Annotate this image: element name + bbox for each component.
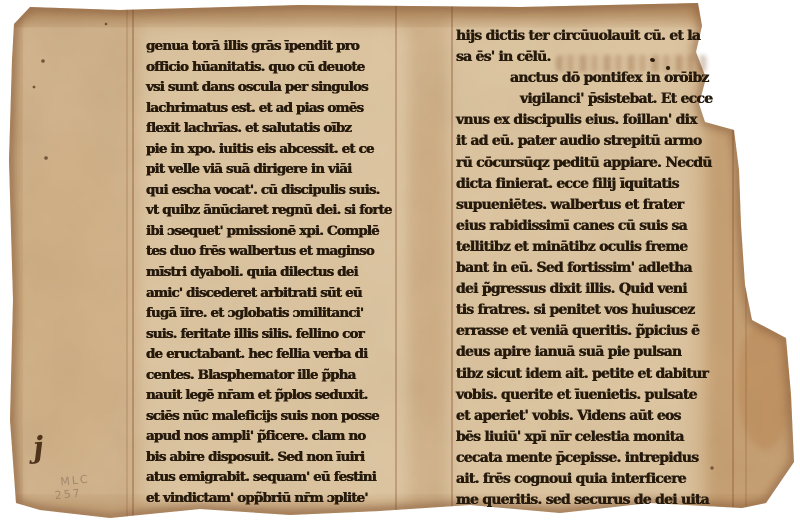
manuscript-text-line: it ad eū. pater audio strepitū armo [456, 131, 712, 152]
manuscript-photo: genua torā illis grās īpendit proofficio… [0, 0, 800, 528]
manuscript-text-line: rū cōcursūqz peditū appiare. Necdū [456, 153, 712, 174]
manuscript-text-line: officio hūanitatis. quo cū deuote [146, 57, 392, 78]
manuscript-text-line: tellitibz et minātibz oculis freme [456, 237, 712, 258]
manuscript-text-line: centes. Blasphemator ille p̃pha [146, 365, 392, 386]
manuscript-text-line: supueniētes. walbertus et frater [456, 195, 712, 216]
manuscript-text-line: bant in eū. Sed fortissim' adletha [456, 258, 712, 279]
manuscript-text-line: pit velle viā suā dirigere in viāi [146, 159, 392, 180]
manuscript-text-line: bēs liuiū' xpī nīr celestia monita [456, 427, 712, 448]
manuscript-text-line: amic' discederet arbitrati sūt eū [146, 283, 392, 304]
manuscript-text-line: flexit lachrīas. et salutatis oībz [146, 118, 392, 139]
ink-mark: j [32, 430, 45, 465]
manuscript-text-line: sa ēs' in cēlū. [456, 47, 712, 68]
manuscript-text-line: tes duo frēs walbertus et maginso [146, 241, 392, 262]
manuscript-text-line: dicta finierat. ecce filij īquitatis [456, 174, 712, 195]
shelfmark-pencil: MLC 257 [60, 473, 92, 502]
manuscript-text-line: vt quibz ānūciaret regnū dei. si forte [146, 200, 392, 221]
manuscript-text-line: et aperiet' vobis. Videns aūt eos [456, 406, 712, 427]
manuscript-text-line: vigilanci' p̄sistebat. Et ecce [456, 89, 712, 110]
manuscript-text-line: pie in xpo. iuitis eis abcessit. et ce [146, 139, 392, 160]
manuscript-text-line: qui escha vocat'. cū discipulis suis. [146, 180, 392, 201]
manuscript-text-line: atus emigrabit. sequam' eū festini [146, 467, 392, 488]
manuscript-text-line: me queritis. sed securus de dei uita [456, 490, 712, 511]
manuscript-text-line: deus apire ianuā suā pie pulsan [456, 342, 712, 363]
manuscript-text-line: anctus dō pontifex in orōibz [456, 68, 712, 89]
manuscript-text-line: apud nos ampli' p̃ficere. clam no [146, 426, 392, 447]
manuscript-text-line: bis abire disposuit. Sed non īuiri [146, 447, 392, 468]
manuscript-text-line: tis fratres. si penitet vos huiuscez [456, 300, 712, 321]
manuscript-text-line: de eructabant. hec fellia verba di [146, 344, 392, 365]
manuscript-text-line: vobis. querite et īuenietis. pulsate [456, 385, 712, 406]
manuscript-text-line: hijs dictis ter circūuolauit cū. et la [456, 26, 712, 47]
manuscript-text-line: nauit legē nr̄am et p̃plos seduxit. [146, 385, 392, 406]
manuscript-text-line: errasse et veniā queritis. p̃picius ē [456, 321, 712, 342]
manuscript-text-line: ibi ɔsequet' pmissionē xpi. Complē [146, 221, 392, 242]
manuscript-text-line: mīstri dyaboli. quia dilectus dei [146, 262, 392, 283]
manuscript-text-line: eius rabidissimī canes cū suis sa [456, 216, 712, 237]
manuscript-text-line: suis. feritate illis silis. fellino cor [146, 324, 392, 345]
manuscript-text-line: vsi sunt dans oscula per singulos [146, 77, 392, 98]
manuscript-text-line: vnus ex discipulis eius. foillan' dix [456, 110, 712, 131]
manuscript-text-line: et vindictam' opp̃briū nr̄m ɔplite' [146, 488, 392, 509]
manuscript-text-line: cecata mente p̄cepisse. intrepidus [456, 448, 712, 469]
text-column-right: hijs dictis ter circūuolauit cū. et lasa… [456, 26, 712, 511]
manuscript-text-line: dei p̃gressus dixit illis. Quid veni [456, 279, 712, 300]
manuscript-text-line: genua torā illis grās īpendit pro [146, 36, 392, 57]
manuscript-text-line: tibz sicut idem ait. petite et dabitur [456, 364, 712, 385]
manuscript-text-line: sciēs nūc maleficijs suis non posse [146, 406, 392, 427]
manuscript-text-line: lachrimatus est. et ad pias omēs [146, 98, 392, 119]
manuscript-text-line: fugā īire. et ɔglobatis ɔmilitanci' [146, 303, 392, 324]
text-column-left: genua torā illis grās īpendit proofficio… [146, 36, 392, 509]
manuscript-text-line: ait. frēs cognoui quia interficere [456, 469, 712, 490]
